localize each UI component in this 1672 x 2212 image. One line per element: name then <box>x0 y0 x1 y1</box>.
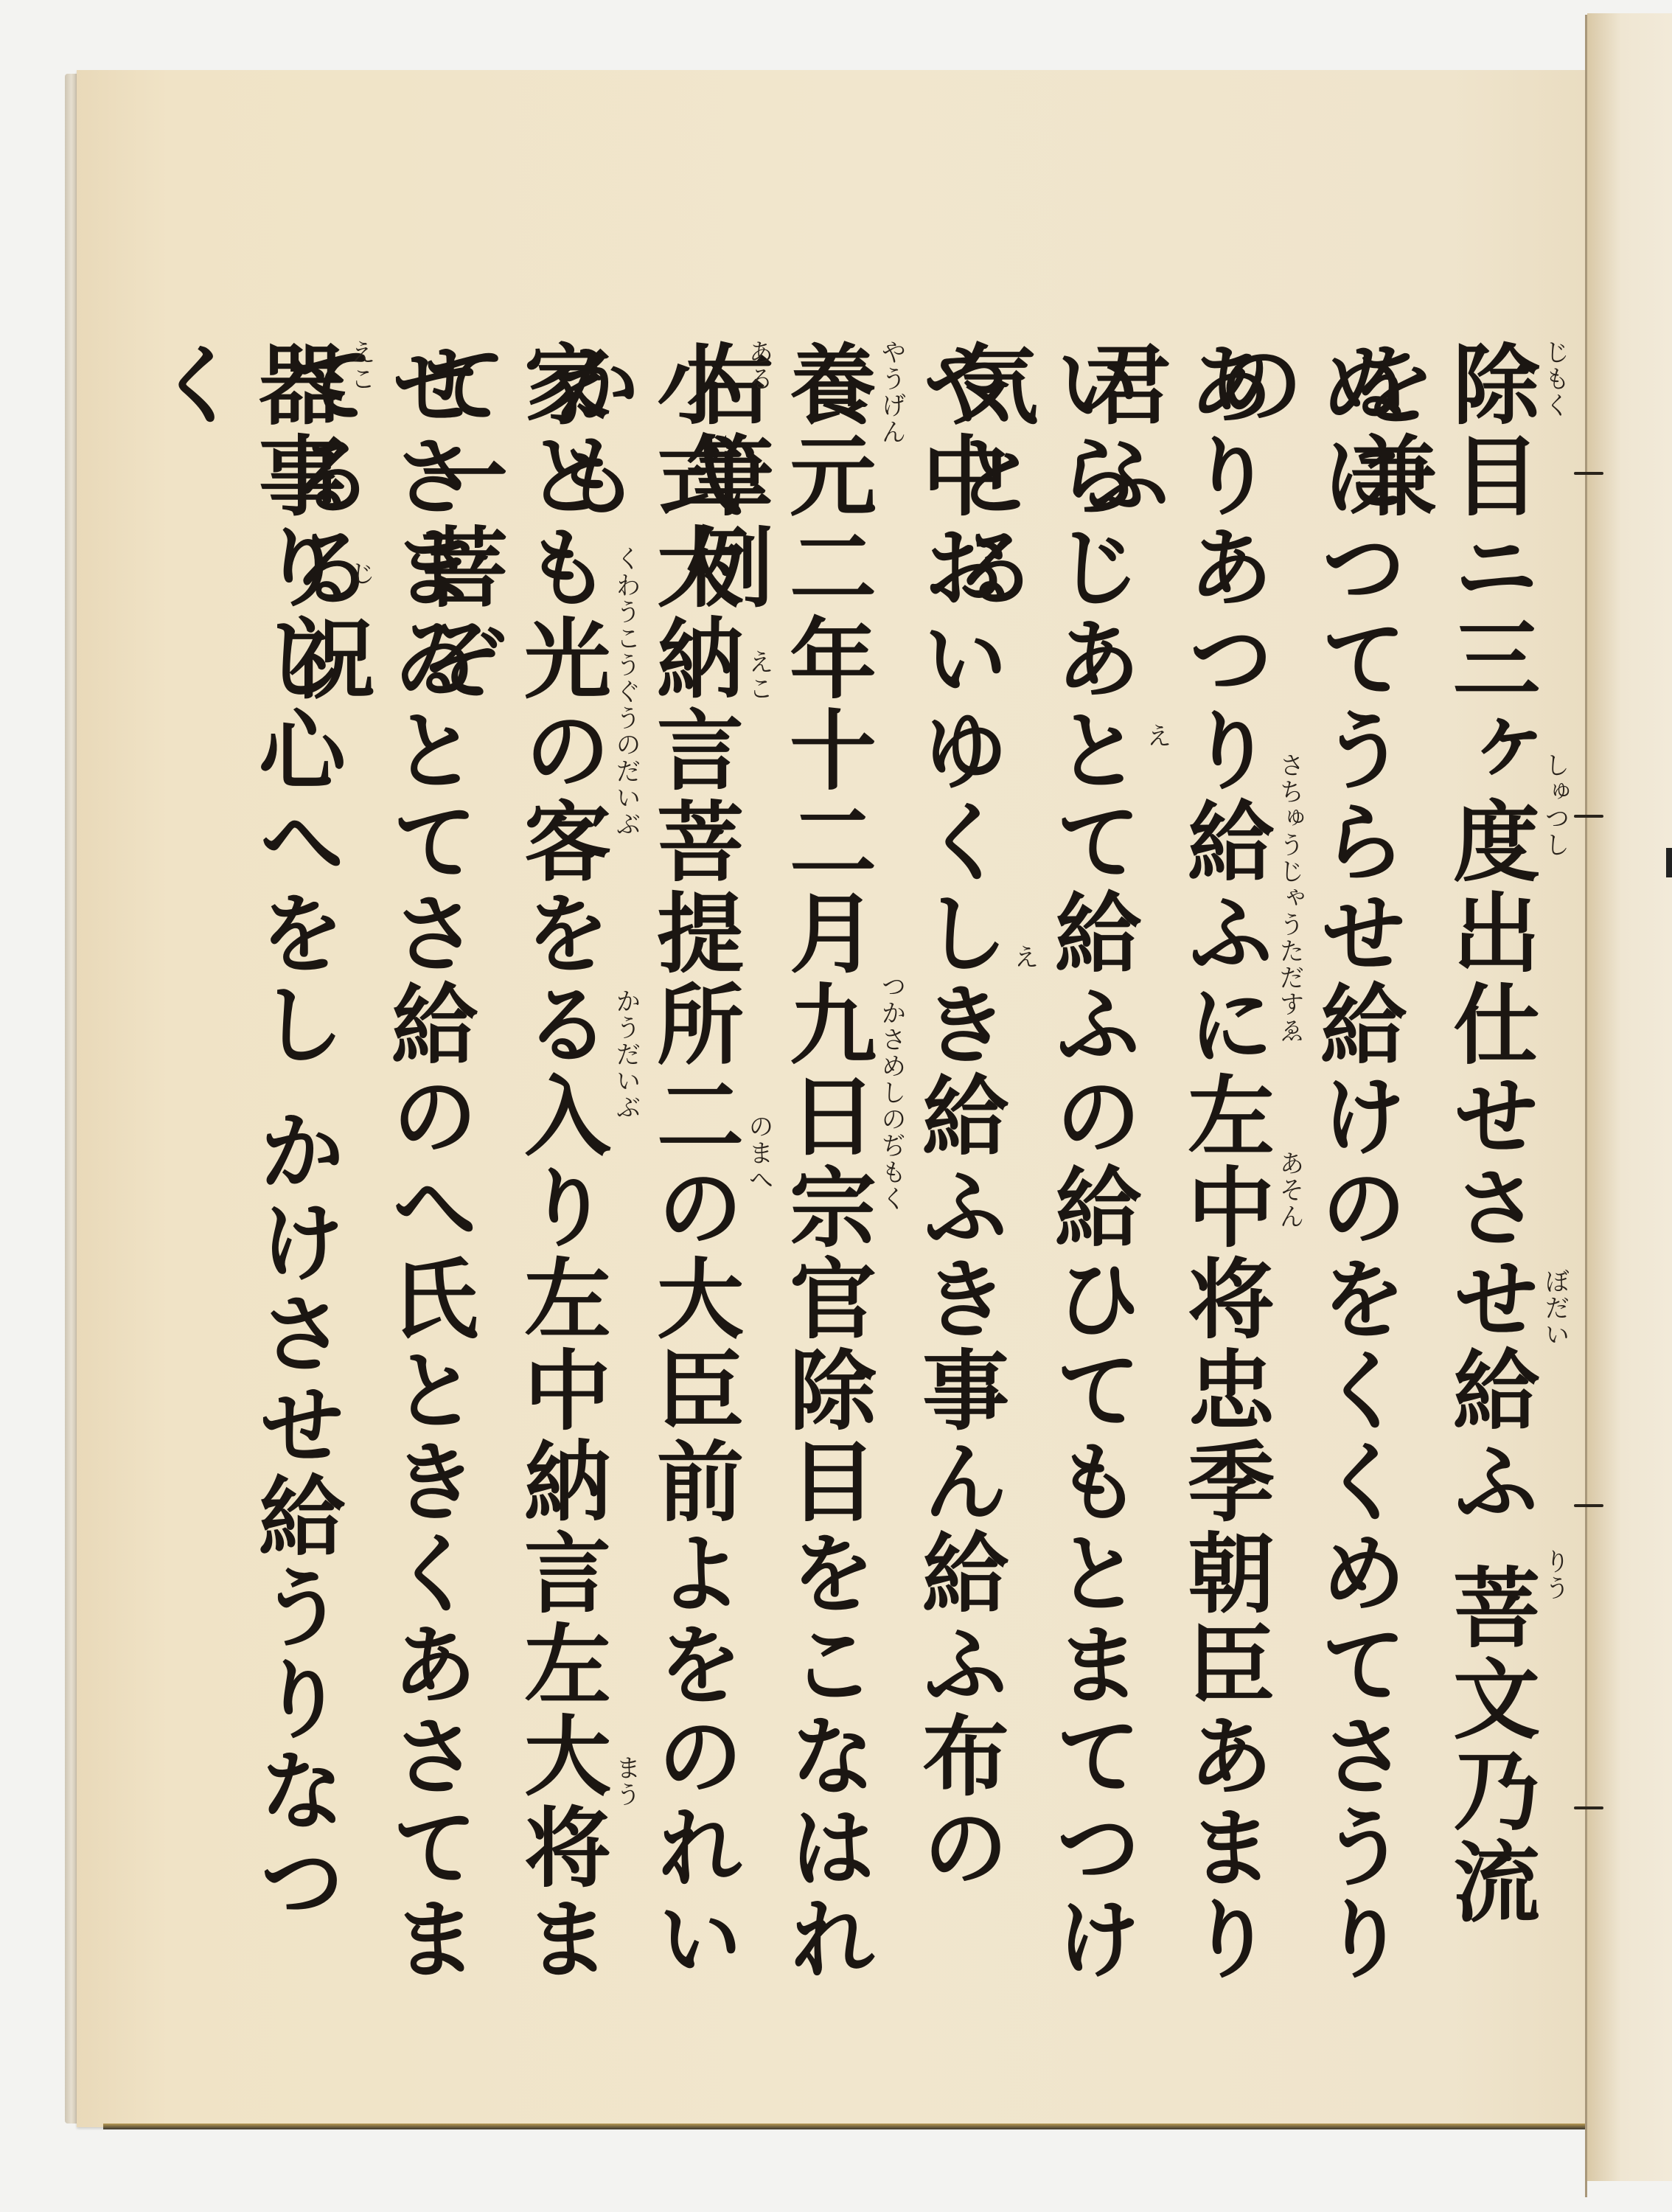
binding-stitch <box>1574 1806 1603 1809</box>
furigana: ぼだい <box>1537 1268 1573 1348</box>
text-column-10: 器事りし心へをし かけさせ給うりなつく えこ じ <box>243 339 346 2006</box>
gutter-fold <box>1585 15 1587 2197</box>
furigana: えこ <box>741 649 777 702</box>
text-column-8: 家とも光の客をる入り左中納言左大将まて一菩ぞ くわうこうぐうのだいぶ かうだいぶ… <box>509 339 612 2006</box>
furigana: つかさめしのぢもく <box>874 973 910 1212</box>
furigana: え <box>1006 944 1042 970</box>
furigana: くわうこうぐうのだいぶ <box>608 546 644 838</box>
facing-page-ink-mark <box>1666 848 1672 877</box>
binding-stitch <box>1574 815 1603 818</box>
column-text: や中おいゆくしき給ふき事ん給ふ布の <box>908 339 1010 1893</box>
furigana: のまへ <box>741 1113 777 1193</box>
binding-stitch <box>1574 1504 1603 1507</box>
furigana: えこ <box>343 339 379 392</box>
furigana: さちゅうじゃうただすゑ <box>1272 752 1308 1044</box>
text-column-9: せさまゐとてさ給のへ氏ときくあさてまてるる祝 <box>376 339 479 2006</box>
binding-stitch <box>1574 472 1603 475</box>
furigana: じ <box>343 560 379 587</box>
text-column-7: 小式大納言菩提所二の大臣前よをのれいかも ある えこ のまへ <box>641 339 745 2006</box>
furigana: ある <box>741 339 777 392</box>
facing-page-edge <box>1587 13 1672 2181</box>
furigana: じもく <box>1537 339 1573 419</box>
page-bottom-edge <box>103 2124 1644 2129</box>
text-column-1: 除目ニ三ヶ度出仕せさせ給ふ 菩文乃流を兼 じもく しゅつし ぼだい りう <box>1438 339 1541 2006</box>
text-column-5: や中おいゆくしき給ふき事ん給ふ布の え <box>907 339 1010 2006</box>
furigana: かうだいぶ <box>608 988 644 1121</box>
furigana: あそん <box>1272 1150 1308 1230</box>
text-column-2: ぬにつてうらせ給けのをくくめてさうりの <box>1305 339 1408 2006</box>
text-column-3: ありあつり給ふに左中将忠季朝臣あまり君ふ さちゅうじゃうただすゑ あそん <box>1172 339 1275 2006</box>
text-column-6: 養元二年十二月九日宗官除目をこなはれ右筆例 やうげん つかさめしのぢもく <box>774 339 877 2006</box>
calligraphy-text-block: 除目ニ三ヶ度出仕せさせ給ふ 菩文乃流を兼 じもく しゅつし ぼだい りう ぬにつ… <box>243 339 1541 2006</box>
furigana: やうげん <box>874 339 910 445</box>
furigana: まう <box>608 1755 644 1808</box>
text-column-4: いらじあとて給ふの給ひてもとまてつけ気とる え <box>1039 339 1143 2006</box>
furigana: え <box>1139 723 1175 749</box>
furigana: りう <box>1537 1548 1573 1601</box>
furigana: しゅつし <box>1537 752 1573 858</box>
